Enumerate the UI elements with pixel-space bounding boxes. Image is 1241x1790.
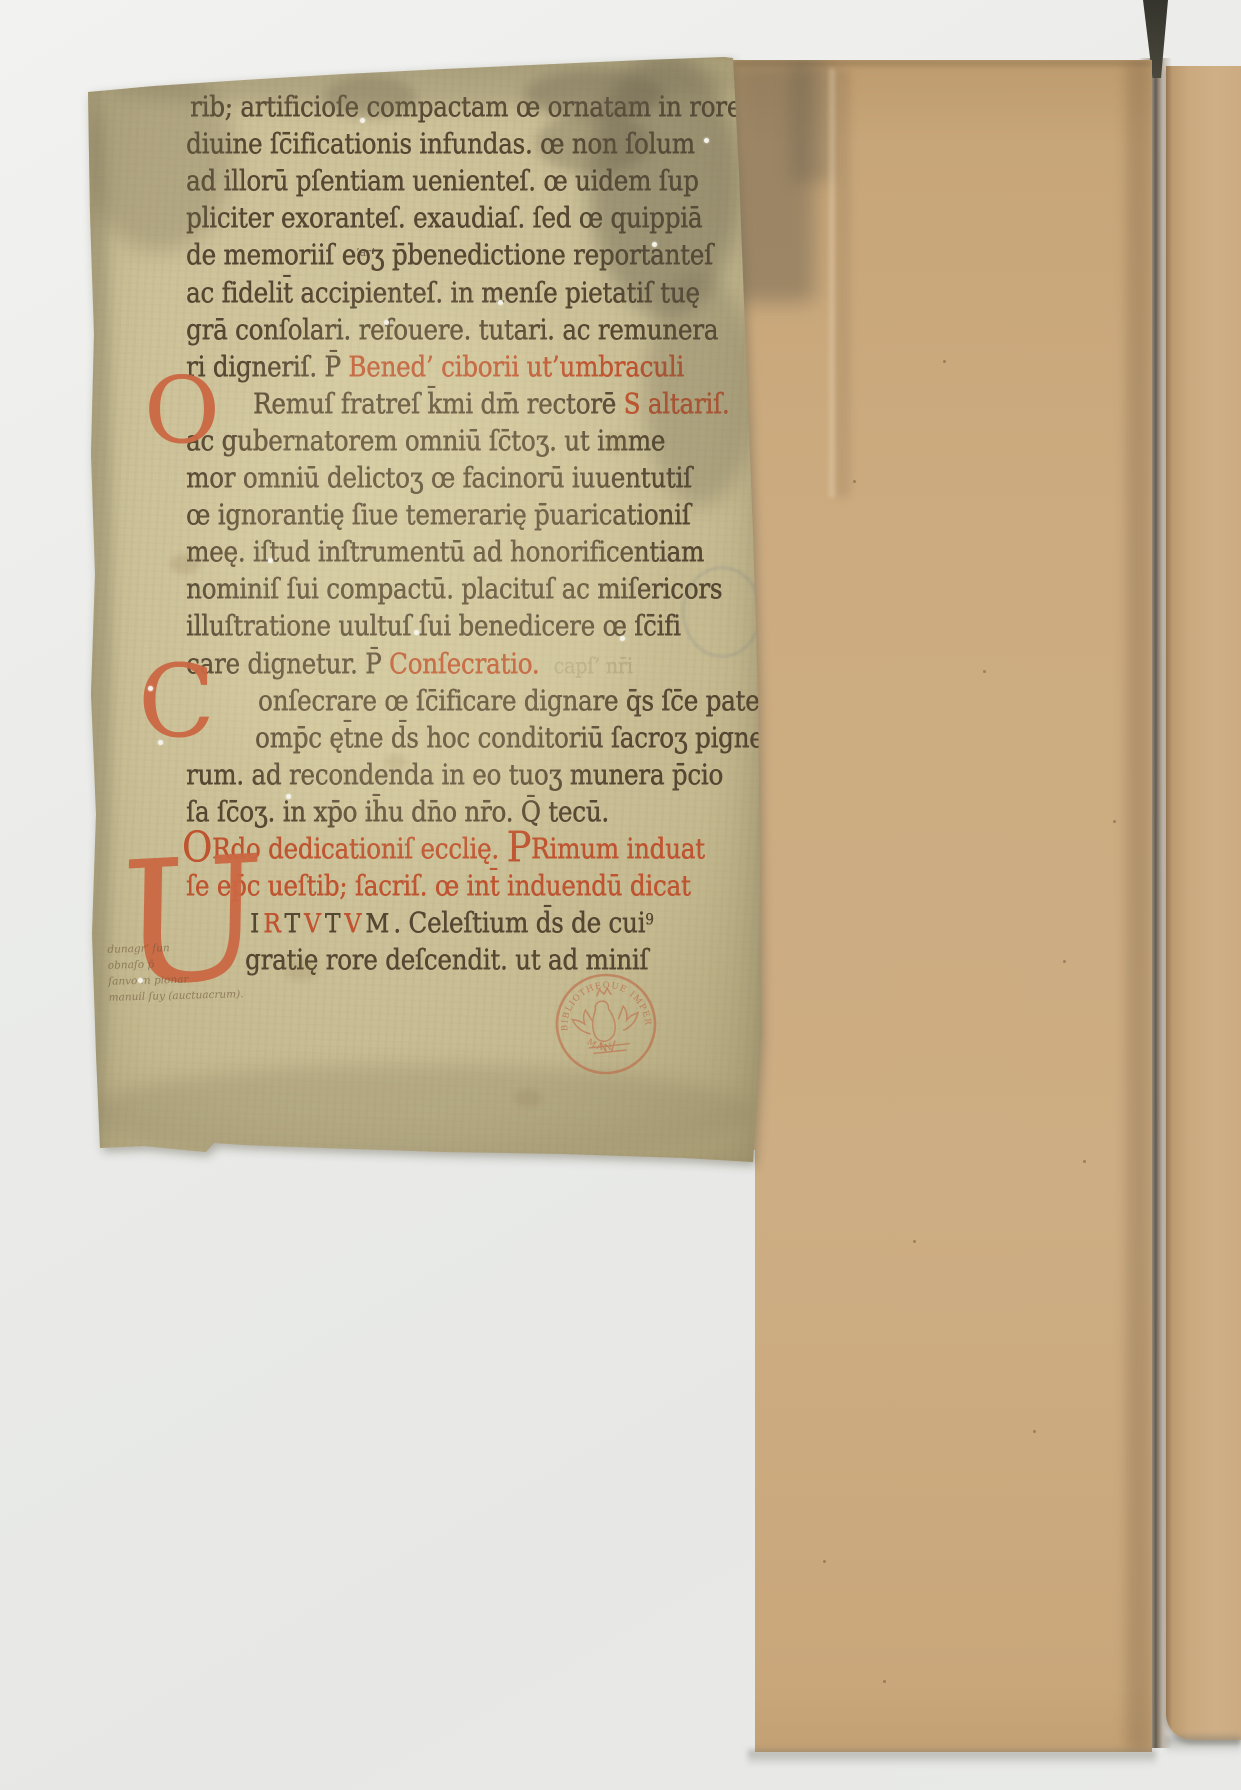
library-stamp: BIBLIOTHEQUE IMPERIALE MAN xyxy=(544,962,667,1085)
body-text: 9 xyxy=(645,911,653,929)
rubric-text: V xyxy=(304,908,325,939)
marginal-annotation-illegible: dunagr’ ſunobnaſo p̄ſanvo m pionarmanuil… xyxy=(107,938,244,1006)
manuscript-line: IRTVTVM. Celeſtium d̄s de cui9 xyxy=(250,906,654,942)
svg-text:BIBLIOTHEQUE IMPERIALE: BIBLIOTHEQUE IMPERIALE xyxy=(544,962,652,1036)
paper-speck xyxy=(1083,1160,1086,1163)
paper-speck xyxy=(1063,960,1066,963)
facing-page-shadow xyxy=(1166,1736,1241,1754)
rubric-text: V xyxy=(344,908,365,939)
body-text: M xyxy=(365,908,393,939)
parchment-flaw-speck xyxy=(414,630,419,635)
stamp-arc-text: BIBLIOTHEQUE IMPERIALE xyxy=(544,962,652,1036)
paper-smudge xyxy=(833,68,851,498)
body-text: T xyxy=(325,908,345,939)
illuminated-initial-o: O xyxy=(144,374,219,448)
ring-stain xyxy=(682,566,762,658)
illuminated-initial-c: C xyxy=(138,662,215,742)
paper-speck xyxy=(1033,1430,1036,1433)
parchment-flaw-speck xyxy=(652,242,657,247)
parchment-stain xyxy=(536,112,651,174)
rubric-text: R xyxy=(263,908,284,939)
paper-speck xyxy=(983,670,986,673)
backing-page-shadow xyxy=(748,1750,1156,1766)
parchment-flaw-speck xyxy=(498,300,503,305)
parchment-stain xyxy=(284,959,318,981)
paper-smudge xyxy=(1126,60,1152,1752)
parchment-flaw-speck xyxy=(268,558,273,563)
parchment-flaw-speck xyxy=(158,740,163,745)
rubric-text: Rimum induat xyxy=(531,832,705,865)
parchment-stain xyxy=(170,554,200,574)
parchment-flaw-speck xyxy=(384,320,389,325)
parchment-flaw-speck xyxy=(360,118,365,123)
parchment-leaf: rib; artificioſe compactam œ ornatam in … xyxy=(84,54,764,1172)
paper-smudge xyxy=(791,60,833,182)
paper-speck xyxy=(913,1240,916,1243)
paper-speck xyxy=(1113,820,1116,823)
scan-background: rib; artificioſe compactam œ ornatam in … xyxy=(0,0,1241,1790)
paper-smudge xyxy=(829,68,835,498)
parchment-flaw-speck xyxy=(620,636,625,641)
parchment-flaw-speck xyxy=(138,978,143,983)
parchment-flaw-speck xyxy=(148,686,153,691)
paper-speck xyxy=(943,360,946,363)
paper-speck xyxy=(853,480,856,483)
parchment-stain xyxy=(204,304,634,844)
album-facing-page xyxy=(1166,66,1241,1740)
parchment-flaw-speck xyxy=(286,794,291,799)
paper-speck xyxy=(883,1680,886,1683)
body-text: T xyxy=(284,908,304,939)
parchment-flaw-speck xyxy=(704,138,709,143)
paper-speck xyxy=(823,1560,826,1563)
parchment-leaf-wrap: rib; artificioſe compactam œ ornatam in … xyxy=(84,54,764,1172)
album-backing-page xyxy=(733,60,1152,1752)
body-text: . Celeſtium d̄s de cui xyxy=(393,906,645,939)
parchment-stain xyxy=(84,1064,756,1164)
parchment-stain xyxy=(84,54,744,108)
interlinear-correction: ’ar’ xyxy=(356,246,375,259)
rubric-text: P xyxy=(506,822,531,871)
